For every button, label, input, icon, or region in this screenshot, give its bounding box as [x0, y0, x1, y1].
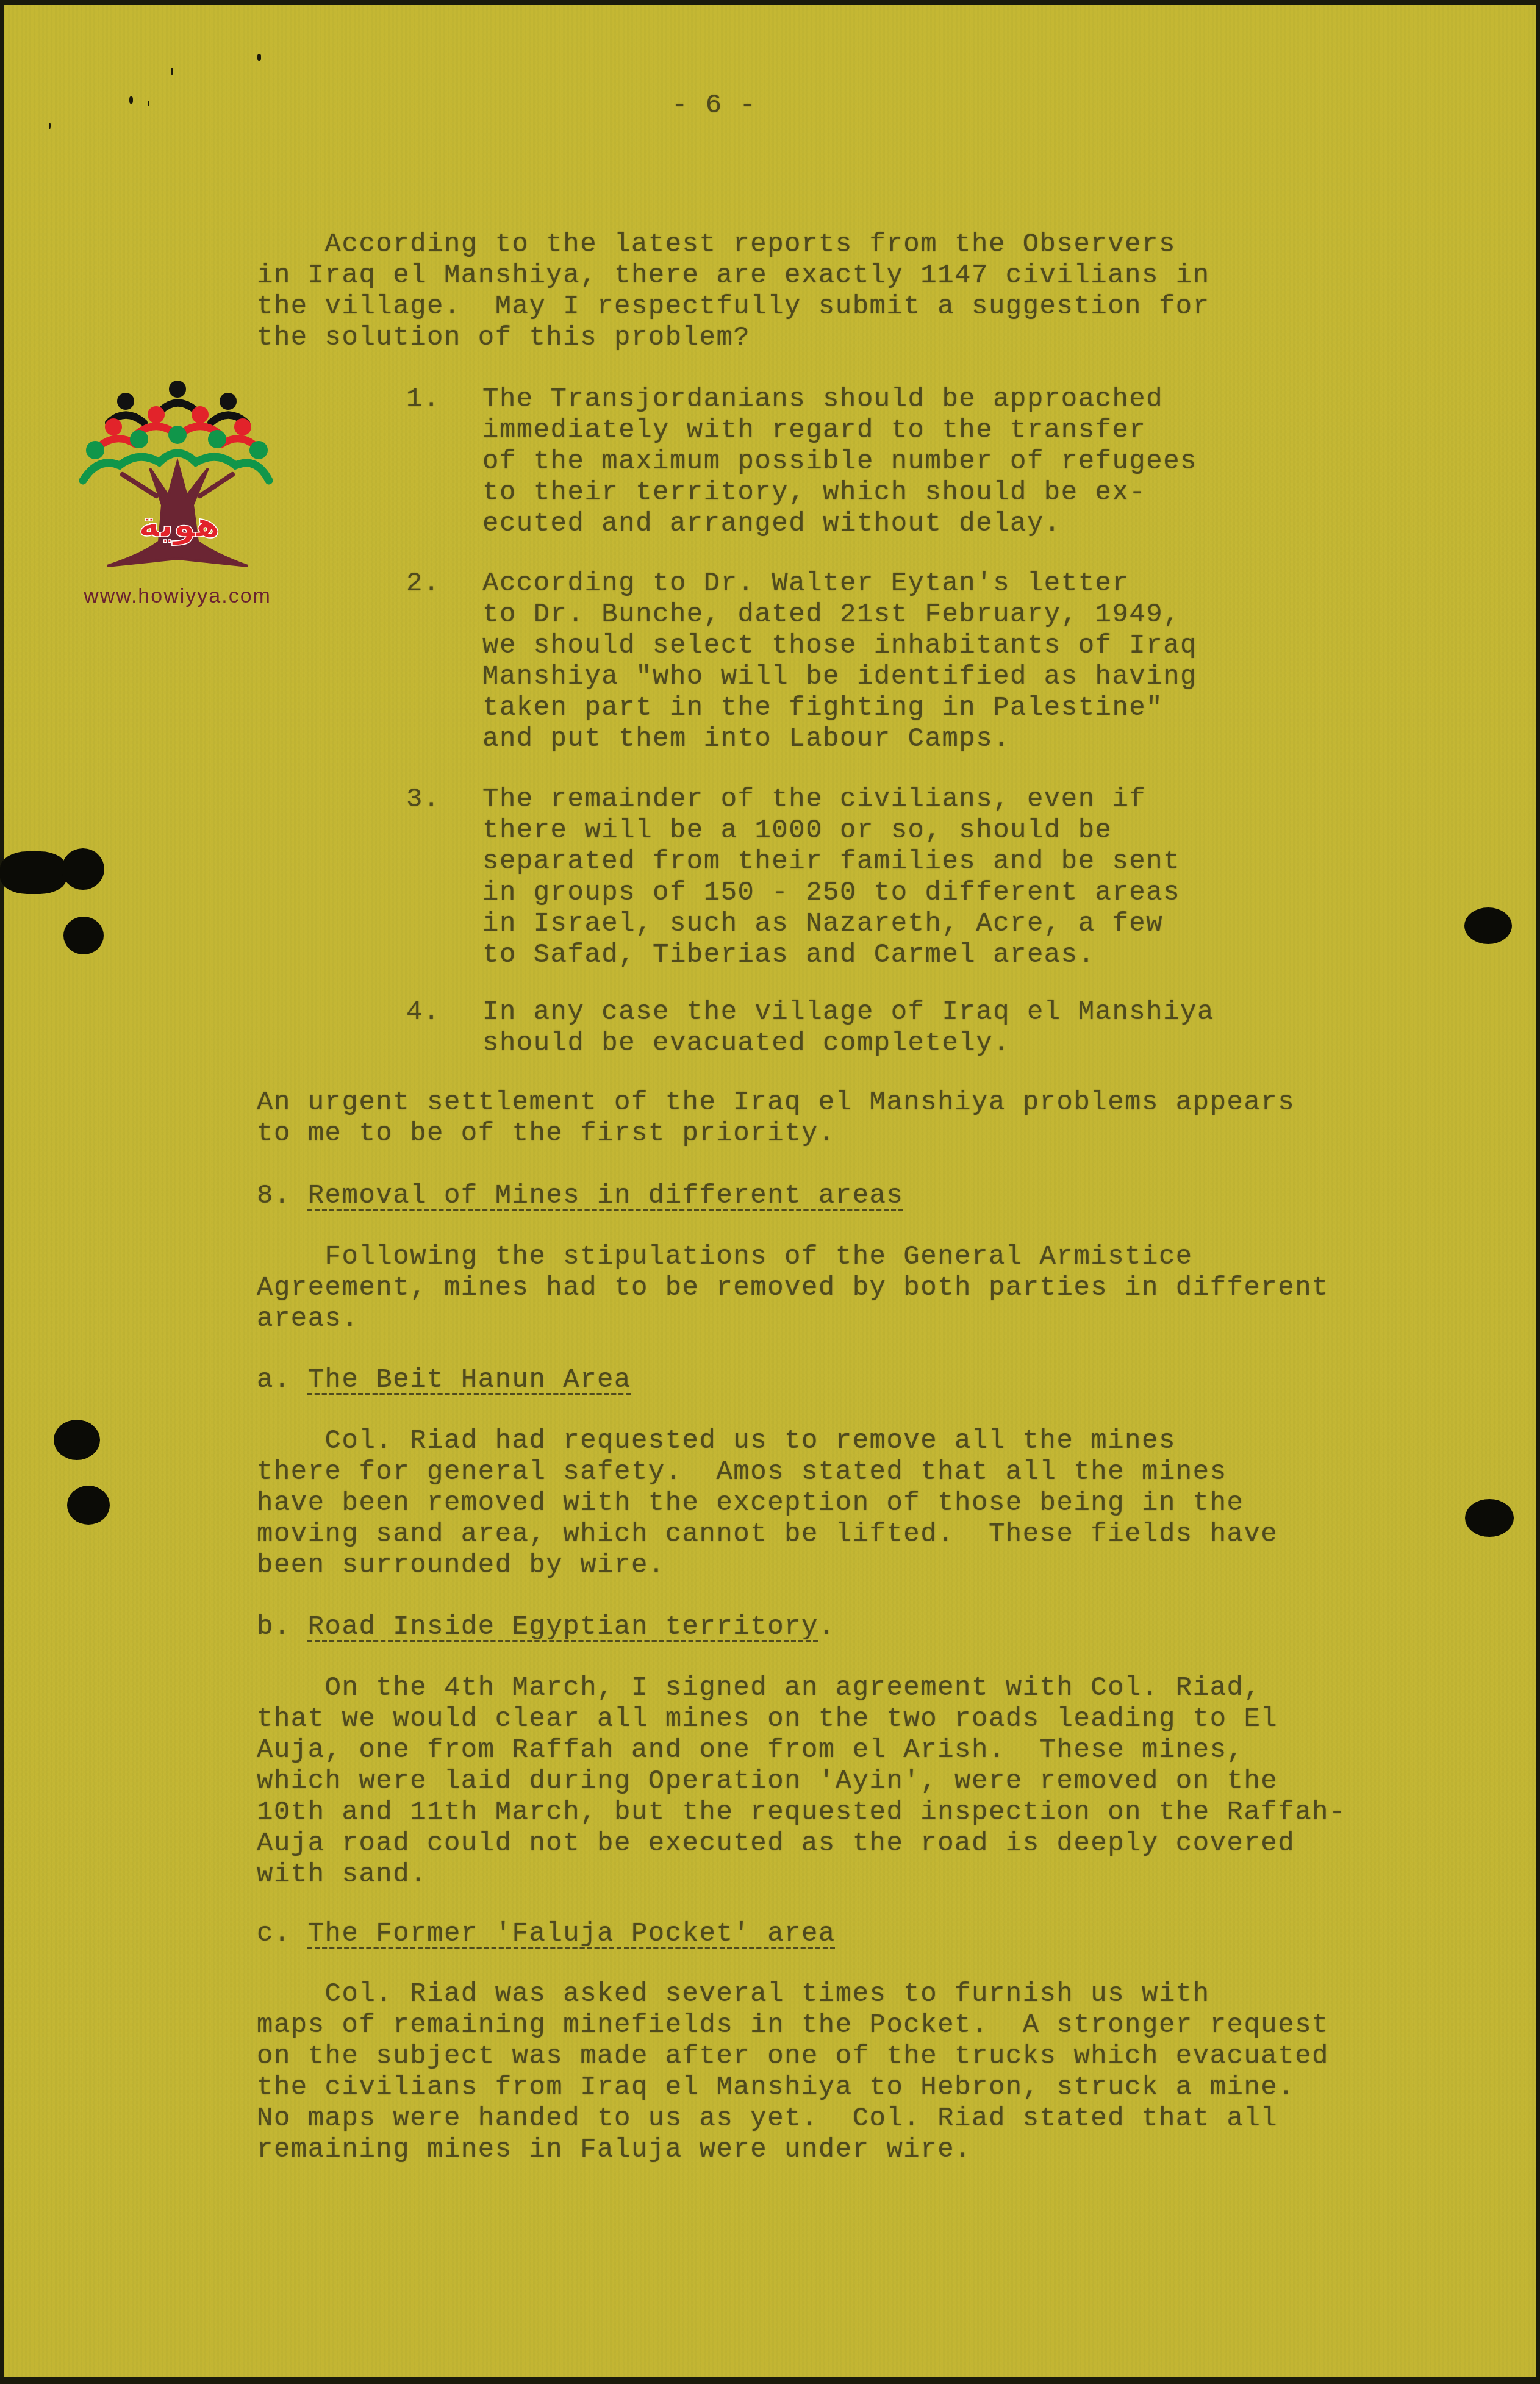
left-edge-smudge	[0, 851, 67, 894]
subsection-title: The Beit Hanun Area	[308, 1365, 631, 1395]
svg-text:هوية: هوية	[138, 504, 220, 546]
document-page: - 6 - According to the latest reports fr…	[4, 5, 1536, 2377]
punch-hole	[62, 848, 104, 890]
item-number: 4.	[406, 997, 440, 1028]
urgent-paragraph: An urgent settlement of the Iraq el Mans…	[257, 1087, 1295, 1150]
watermark-url: www.howiyya.com	[71, 584, 284, 608]
subsection-b-paragraph: On the 4th March, I signed an agreement …	[257, 1673, 1346, 1891]
subsection-c-heading: c. The Former 'Faluja Pocket' area	[257, 1919, 836, 1950]
subsection-letter: a.	[257, 1365, 291, 1395]
subsection-a-paragraph: Col. Riad had requested us to remove all…	[257, 1426, 1278, 1581]
subsection-c-paragraph: Col. Riad was asked several times to fur…	[257, 1979, 1329, 2166]
punch-hole	[54, 1420, 100, 1460]
heading-suffix: .	[818, 1612, 836, 1642]
punch-hole	[1464, 907, 1512, 944]
section-number: 8.	[257, 1181, 291, 1211]
speck	[129, 96, 133, 104]
item-text: According to Dr. Walter Eytan's letter t…	[482, 568, 1197, 755]
punch-hole	[63, 917, 104, 954]
intro-paragraph: According to the latest reports from the…	[257, 229, 1210, 354]
item-number: 3.	[406, 784, 440, 815]
punch-hole	[67, 1486, 110, 1525]
subsection-title: The Former 'Faluja Pocket' area	[308, 1919, 836, 1949]
subsection-title: Road Inside Egyptian territory	[308, 1612, 818, 1642]
page-number: - 6 -	[672, 90, 757, 121]
item-number: 1.	[406, 384, 440, 415]
subsection-letter: b.	[257, 1612, 291, 1642]
speck	[257, 54, 261, 61]
section-8-paragraph: Following the stipulations of the Genera…	[257, 1242, 1329, 1335]
section-8-heading: 8. Removal of Mines in different areas	[257, 1181, 903, 1212]
item-text: In any case the village of Iraq el Mansh…	[482, 997, 1214, 1059]
howiyya-tree-logo-icon: هوية	[71, 365, 284, 578]
subsection-letter: c.	[257, 1919, 291, 1949]
item-text: The Transjordanians should be approached…	[482, 384, 1197, 540]
howiyya-watermark: هوية www.howiyya.com	[71, 365, 284, 621]
item-number: 2.	[406, 568, 440, 600]
subsection-a-heading: a. The Beit Hanun Area	[257, 1365, 631, 1396]
speck	[148, 101, 149, 106]
subsection-b-heading: b. Road Inside Egyptian territory.	[257, 1612, 836, 1643]
speck	[49, 123, 51, 129]
item-text: The remainder of the civilians, even if …	[482, 784, 1180, 971]
punch-hole	[1465, 1499, 1514, 1537]
speck	[171, 68, 173, 75]
section-title: Removal of Mines in different areas	[308, 1181, 904, 1211]
